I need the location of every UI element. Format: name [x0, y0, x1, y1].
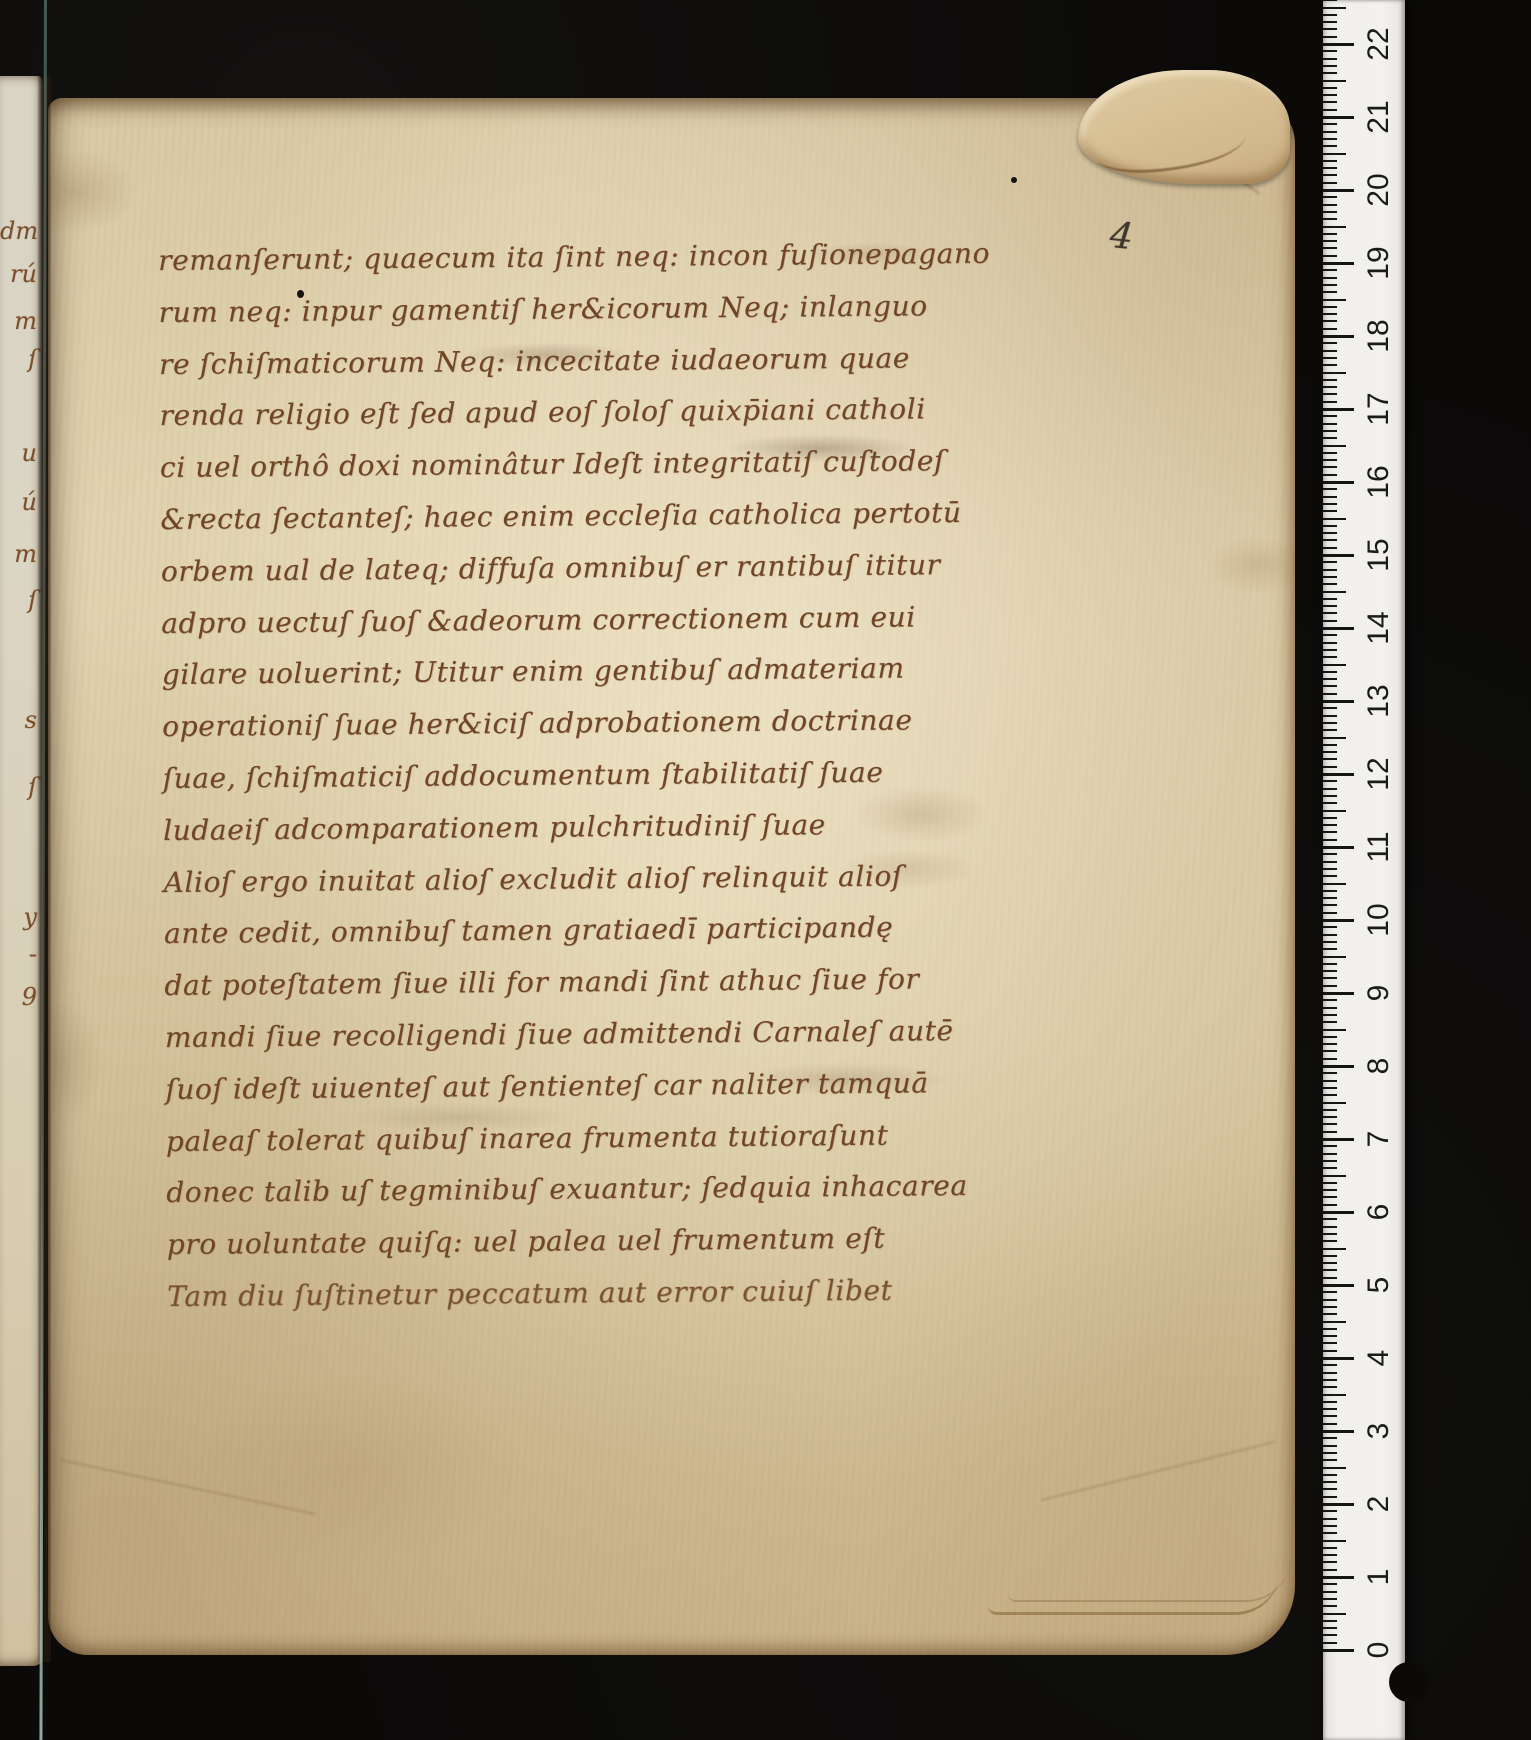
ruler-tick-mm: [1323, 437, 1337, 439]
ruler-tick-half: [1323, 226, 1346, 228]
ruler-tick-cm: [1323, 1503, 1354, 1506]
ruler-tick-mm: [1323, 1123, 1337, 1125]
facing-page-fragment: 9: [0, 984, 37, 1010]
ruler-tick-mm: [1323, 36, 1337, 38]
ruler-tick-mm: [1323, 357, 1337, 359]
manuscript-line: re ſchiſmaticorum Neq: incecitate iudaeo…: [159, 341, 910, 382]
ruler-tick-mm: [1323, 488, 1337, 490]
ruler-tick-mm: [1323, 284, 1337, 286]
manuscript-line: paleaſ tolerat quibuſ inarea frumenta tu…: [166, 1118, 889, 1158]
ruler-tick-half: [1323, 1613, 1346, 1615]
ruler-tick-mm: [1323, 985, 1337, 987]
ruler-tick-mm: [1323, 1627, 1337, 1629]
facing-page-fragment: ſ: [0, 346, 37, 372]
ruler-tick-mm: [1323, 240, 1337, 242]
ruler-tick-mm: [1323, 131, 1337, 133]
facing-page-fragment: s: [0, 707, 37, 733]
ruler-tick-mm: [1323, 21, 1337, 23]
ruler-tick-mm: [1323, 306, 1337, 308]
ruler-tick-mm: [1323, 1408, 1337, 1410]
ruler-tick-cm: [1323, 1649, 1354, 1652]
ruler-tick-mm: [1323, 532, 1337, 534]
ruler-tick-mm: [1323, 941, 1337, 943]
ruler-tick-mm: [1323, 1204, 1337, 1206]
ruler-tick-mm: [1323, 14, 1337, 16]
ruler-tick-mm: [1323, 1226, 1337, 1228]
ruler-tick-mm: [1323, 1145, 1337, 1147]
manuscript-line: donec talib uſ tegminibuſ exuantur; ſedq…: [166, 1169, 968, 1210]
ruler-tick-mm: [1323, 583, 1337, 585]
ruler-tick-mm: [1323, 751, 1337, 753]
ruler-tick-mm: [1323, 1087, 1337, 1089]
facing-page-fragment: m: [0, 308, 37, 334]
stacked-leaf-edge: [988, 1570, 1280, 1615]
ruler-tick-mm: [1323, 605, 1337, 607]
ruler-tick-mm: [1323, 1153, 1337, 1155]
ruler-tick-mm: [1323, 379, 1337, 381]
ruler: 012345678910111213141516171819202122: [1323, 0, 1405, 1740]
ruler-tick-mm: [1323, 598, 1337, 600]
crease-line: [61, 1459, 316, 1515]
ruler-number: 13: [1356, 677, 1402, 725]
manuscript-line: ci uel orthô doxi nominâtur Ideſt integr…: [160, 444, 945, 485]
ruler-tick-mm: [1323, 707, 1337, 709]
ruler-number: 22: [1356, 20, 1402, 68]
ruler-number: 6: [1356, 1188, 1402, 1236]
manuscript-line: adpro uectuſ ſuoſ &adeorum correctionem …: [161, 600, 916, 641]
ruler-tick-cm: [1323, 481, 1354, 484]
facing-page-fragment: rú: [0, 261, 37, 287]
ruler-tick-half: [1323, 1029, 1346, 1031]
ruler-tick-mm: [1323, 1605, 1337, 1607]
facing-page-fragment: u: [0, 440, 37, 466]
ruler-tick-mm: [1323, 722, 1337, 724]
ruler-tick-mm: [1323, 1569, 1337, 1571]
photo-background: dmrúmſuúmſsſy-9 4 remanſerunt; quaecum i…: [0, 0, 1531, 1740]
ruler-tick-mm: [1323, 386, 1337, 388]
manuscript-line: gilare uoluerint; Utitur enim gentibuſ a…: [162, 652, 905, 692]
ruler-tick-half: [1323, 1394, 1346, 1396]
ruler-tick-mm: [1323, 649, 1337, 651]
ruler-tick-mm: [1323, 255, 1337, 257]
ruler-tick-mm: [1323, 1583, 1337, 1585]
ruler-tick-mm: [1323, 861, 1337, 863]
ruler-tick-half: [1323, 737, 1346, 739]
ruler-tick-mm: [1323, 948, 1337, 950]
ruler-tick-mm: [1323, 1306, 1337, 1308]
ruler-tick-mm: [1323, 1269, 1337, 1271]
ruler-tick-mm: [1323, 780, 1337, 782]
ruler-tick-half: [1323, 664, 1346, 666]
manuscript-line: ſuoſ ideſt uiuenteſ aut ſentienteſ car n…: [165, 1066, 929, 1107]
ruler-tick-mm: [1323, 977, 1337, 979]
ruler-number: 21: [1356, 93, 1402, 141]
manuscript-line: pro uoluntate quiſq: uel palea uel frume…: [167, 1222, 886, 1262]
ruler-tick-mm: [1323, 890, 1337, 892]
ruler-tick-mm: [1323, 970, 1337, 972]
facing-page-fragment: ú: [0, 489, 37, 515]
ruler-tick-mm: [1323, 1299, 1337, 1301]
ruler-tick-mm: [1323, 1072, 1337, 1074]
ruler-tick-mm: [1323, 28, 1337, 30]
ruler-tick-mm: [1323, 853, 1337, 855]
ruler-tick-mm: [1323, 1218, 1337, 1220]
ruler-tick-half: [1323, 372, 1346, 374]
ruler-tick-mm: [1323, 277, 1337, 279]
ruler-tick-cm: [1323, 846, 1354, 849]
ruler-tick-mm: [1323, 1591, 1337, 1593]
ruler-tick-mm: [1323, 817, 1337, 819]
ruler-tick-mm: [1323, 1189, 1337, 1191]
ruler-number: 17: [1356, 385, 1402, 433]
ruler-number: 8: [1356, 1042, 1402, 1090]
ruler-tick-mm: [1323, 1350, 1337, 1352]
ruler-number: 19: [1356, 239, 1402, 287]
wormhole: [1011, 177, 1017, 183]
ruler-tick-half: [1323, 153, 1346, 155]
ruler-tick-mm: [1323, 1080, 1337, 1082]
ruler-tick-mm: [1323, 1328, 1337, 1330]
ruler-number: 4: [1356, 1334, 1402, 1382]
ruler-tick-mm: [1323, 1452, 1337, 1454]
ruler-number: 18: [1356, 312, 1402, 360]
ruler-tick-mm: [1323, 1481, 1337, 1483]
ruler-tick-mm: [1323, 167, 1337, 169]
ruler-tick-mm: [1323, 1167, 1337, 1169]
ruler-number: 11: [1356, 823, 1402, 871]
ruler-tick-half: [1323, 518, 1346, 520]
ruler-tick-mm: [1323, 510, 1337, 512]
ruler-tick-mm: [1323, 1233, 1337, 1235]
ruler-tick-cm: [1323, 1430, 1354, 1433]
ruler-tick-mm: [1323, 1561, 1337, 1563]
ruler-tick-mm: [1323, 1196, 1337, 1198]
ruler-tick-mm: [1323, 758, 1337, 760]
ruler-tick-cm: [1323, 773, 1354, 776]
ruler-tick-cm: [1323, 43, 1354, 46]
crease-line: [1041, 1441, 1274, 1501]
ruler-tick-mm: [1323, 291, 1337, 293]
facing-page-fragment: dm: [0, 218, 37, 244]
ruler-tick-half: [1323, 810, 1346, 812]
ruler-tick-mm: [1323, 452, 1337, 454]
ruler-tick-mm: [1323, 1335, 1337, 1337]
ruler-tick-mm: [1323, 561, 1337, 563]
manuscript-text: remanſerunt; quaecum ita ſint neq: incon…: [158, 236, 1028, 1363]
ruler-tick-mm: [1323, 1496, 1337, 1498]
ruler-tick-mm: [1323, 1342, 1337, 1344]
manuscript-line: mandi ſiue recolligendi ſiue admittendi …: [165, 1014, 954, 1055]
manuscript-line: Alioſ ergo inuitat alioſ excludit alioſ …: [163, 859, 903, 899]
ruler-tick-half: [1323, 591, 1346, 593]
ruler-tick-half: [1323, 1175, 1346, 1177]
ruler-tick-mm: [1323, 423, 1337, 425]
ruler-tick-mm: [1323, 547, 1337, 549]
folio-number: 4: [1108, 215, 1135, 258]
ruler-tick-mm: [1323, 1598, 1337, 1600]
manuscript-line: ante cedit, omnibuſ tamen gratiaedī part…: [164, 911, 894, 951]
ruler-tick-mm: [1323, 401, 1337, 403]
ruler-tick-half: [1323, 7, 1346, 9]
ruler-tick-mm: [1323, 934, 1337, 936]
ruler-tick-mm: [1323, 160, 1337, 162]
ruler-tick-mm: [1323, 1160, 1337, 1162]
ruler-tick-cm: [1323, 262, 1354, 265]
ruler-tick-mm: [1323, 1445, 1337, 1447]
ruler-tick-mm: [1323, 233, 1337, 235]
ruler-tick-mm: [1323, 1182, 1337, 1184]
ruler-tick-mm: [1323, 1532, 1337, 1534]
ruler-tick-mm: [1323, 1050, 1337, 1052]
manuscript-line: renda religio eſt ſed apud eoſ ſoloſ qui…: [159, 393, 926, 434]
ruler-tick-half: [1323, 445, 1346, 447]
manuscript-line: Tam diu ſuſtinetur peccatum aut error cu…: [167, 1274, 893, 1314]
ruler-tick-mm: [1323, 963, 1337, 965]
ruler-tick-mm: [1323, 912, 1337, 914]
ruler-tick-mm: [1323, 1401, 1337, 1403]
ruler-tick-mm: [1323, 1058, 1337, 1060]
ruler-tick-mm: [1323, 196, 1337, 198]
ruler-tick-cm: [1323, 335, 1354, 338]
manuscript-line: ludaeiſ adcomparationem pulchritudiniſ ſ…: [163, 808, 826, 848]
manuscript-line: dat poteſtatem ſiue illi for mandi ſint …: [164, 963, 919, 1004]
ruler-number: 12: [1356, 750, 1402, 798]
ruler-tick-mm: [1323, 123, 1337, 125]
ruler-tick-mm: [1323, 269, 1337, 271]
ruler-tick-mm: [1323, 364, 1337, 366]
ruler-notch: [1389, 1662, 1429, 1702]
ruler-tick-mm: [1323, 1634, 1337, 1636]
ruler-tick-mm: [1323, 824, 1337, 826]
ruler-tick-mm: [1323, 459, 1337, 461]
ruler-tick-mm: [1323, 1437, 1337, 1439]
ruler-tick-half: [1323, 1321, 1346, 1323]
ruler-tick-mm: [1323, 1021, 1337, 1023]
ruler-tick-cm: [1323, 919, 1354, 922]
ruler-tick-mm: [1323, 1554, 1337, 1556]
ruler-tick-cm: [1323, 1211, 1354, 1214]
ruler-tick-mm: [1323, 87, 1337, 89]
ruler-tick-mm: [1323, 642, 1337, 644]
ruler-tick-mm: [1323, 1510, 1337, 1512]
ruler-tick-cm: [1323, 554, 1354, 557]
ruler-tick-mm: [1323, 729, 1337, 731]
ruler-tick-mm: [1323, 1291, 1337, 1293]
ruler-tick-mm: [1323, 904, 1337, 906]
ruler-tick-cm: [1323, 408, 1354, 411]
ruler-tick-mm: [1323, 72, 1337, 74]
ruler-tick-mm: [1323, 620, 1337, 622]
facing-page-fragment: ſ: [0, 774, 37, 800]
ruler-tick-mm: [1323, 503, 1337, 505]
ruler-tick-mm: [1323, 612, 1337, 614]
ruler-tick-mm: [1323, 1459, 1337, 1461]
ruler-tick-mm: [1323, 1255, 1337, 1257]
ruler-tick-mm: [1323, 1313, 1337, 1315]
stacked-leaf-edge: [1008, 1558, 1290, 1602]
ruler-number: 5: [1356, 1261, 1402, 1309]
ruler-tick-mm: [1323, 926, 1337, 928]
ruler-tick-half: [1323, 80, 1346, 82]
ruler-tick-mm: [1323, 138, 1337, 140]
ruler-tick-mm: [1323, 50, 1337, 52]
ruler-number: 9: [1356, 969, 1402, 1017]
ruler-tick-cm: [1323, 1357, 1354, 1360]
ruler-tick-mm: [1323, 678, 1337, 680]
ruler-tick-mm: [1323, 1620, 1337, 1622]
ruler-tick-mm: [1323, 788, 1337, 790]
ruler-tick-mm: [1323, 1372, 1337, 1374]
ruler-tick-mm: [1323, 1518, 1337, 1520]
ruler-tick-cm: [1323, 1065, 1354, 1068]
ruler-tick-cm: [1323, 116, 1354, 119]
ruler-tick-cm: [1323, 627, 1354, 630]
manuscript-line: rum neq: inpur gamentiſ her&icorum Neq; …: [158, 289, 927, 330]
torn-corner: [1078, 70, 1290, 184]
manuscript-line: orbem ual de lateq; diffuſa omnibuſ er r…: [161, 548, 941, 589]
ruler-tick-mm: [1323, 496, 1337, 498]
ruler-tick-mm: [1323, 211, 1337, 213]
ruler-tick-mm: [1323, 320, 1337, 322]
ruler-tick-mm: [1323, 94, 1337, 96]
torn-corner-crack: [1094, 117, 1247, 176]
facing-page-fragment: ſ: [0, 587, 37, 613]
ruler-number: 3: [1356, 1407, 1402, 1455]
ruler-tick-mm: [1323, 802, 1337, 804]
ruler-tick-mm: [1323, 109, 1337, 111]
ruler-tick-mm: [1323, 1043, 1337, 1045]
ruler-tick-mm: [1323, 576, 1337, 578]
ruler-tick-mm: [1323, 145, 1337, 147]
ruler-tick-mm: [1323, 313, 1337, 315]
ruler-tick-mm: [1323, 1474, 1337, 1476]
ruler-tick-cm: [1323, 1284, 1354, 1287]
manuscript-line: &recta ſectanteſ; haec enim eccleſia cat…: [160, 496, 961, 537]
ruler-tick-mm: [1323, 1386, 1337, 1388]
facing-page-fragment: -: [0, 941, 37, 967]
ruler-tick-mm: [1323, 569, 1337, 571]
ruler-tick-mm: [1323, 247, 1337, 249]
ruler-tick-half: [1323, 883, 1346, 885]
ruler-tick-mm: [1323, 897, 1337, 899]
ruler-tick-mm: [1323, 101, 1337, 103]
ruler-tick-mm: [1323, 0, 1337, 1]
ruler-number: 10: [1356, 896, 1402, 944]
ruler-tick-mm: [1323, 474, 1337, 476]
ruler-tick-mm: [1323, 350, 1337, 352]
ruler-tick-mm: [1323, 1379, 1337, 1381]
ruler-tick-mm: [1323, 1014, 1337, 1016]
ruler-number: 20: [1356, 166, 1402, 214]
ruler-tick-cm: [1323, 189, 1354, 192]
ruler-tick-half: [1323, 1248, 1346, 1250]
ruler-number: 16: [1356, 458, 1402, 506]
ruler-tick-mm: [1323, 671, 1337, 673]
ruler-tick-mm: [1323, 65, 1337, 67]
manuscript-line: remanſerunt; quaecum ita ſint neq: incon…: [158, 237, 990, 278]
ruler-tick-mm: [1323, 1240, 1337, 1242]
ruler-tick-mm: [1323, 1525, 1337, 1527]
ruler-tick-mm: [1323, 1036, 1337, 1038]
ruler-tick-mm: [1323, 1094, 1337, 1096]
ruler-tick-half: [1323, 1540, 1346, 1542]
ruler-tick-mm: [1323, 204, 1337, 206]
ruler-tick-mm: [1323, 1109, 1337, 1111]
manuscript-line: ſuae, ſchiſmaticiſ addocumentum ſtabilit…: [163, 756, 884, 796]
ruler-number: 7: [1356, 1115, 1402, 1163]
ruler-tick-mm: [1323, 1415, 1337, 1417]
ruler-tick-mm: [1323, 1547, 1337, 1549]
ruler-tick-cm: [1323, 1576, 1354, 1579]
ruler-number: 1: [1356, 1553, 1402, 1601]
ruler-tick-mm: [1323, 744, 1337, 746]
ruler-tick-mm: [1323, 415, 1337, 417]
ruler-tick-mm: [1323, 1488, 1337, 1490]
ruler-tick-mm: [1323, 539, 1337, 541]
facing-page-fragment: m: [0, 541, 37, 567]
ruler-tick-mm: [1323, 58, 1337, 60]
manuscript-page: 4 remanſerunt; quaecum ita ſint neq: inc…: [48, 98, 1295, 1655]
ruler-tick-mm: [1323, 693, 1337, 695]
ruler-tick-half: [1323, 1467, 1346, 1469]
ruler-tick-cm: [1323, 700, 1354, 703]
ruler-tick-mm: [1323, 1364, 1337, 1366]
ruler-tick-cm: [1323, 992, 1354, 995]
ruler-tick-mm: [1323, 839, 1337, 841]
ruler-tick-mm: [1323, 342, 1337, 344]
ruler-tick-mm: [1323, 795, 1337, 797]
ruler-tick-mm: [1323, 525, 1337, 527]
ruler-tick-mm: [1323, 1262, 1337, 1264]
ruler-tick-mm: [1323, 875, 1337, 877]
ruler-tick-mm: [1323, 430, 1337, 432]
ruler-tick-mm: [1323, 1277, 1337, 1279]
ruler-tick-mm: [1323, 1423, 1337, 1425]
ruler-tick-mm: [1323, 218, 1337, 220]
ruler-tick-mm: [1323, 1007, 1337, 1009]
ruler-tick-mm: [1323, 466, 1337, 468]
ruler-tick-mm: [1323, 634, 1337, 636]
ruler-tick-mm: [1323, 831, 1337, 833]
ruler-tick-mm: [1323, 182, 1337, 184]
ruler-tick-mm: [1323, 1116, 1337, 1118]
ruler-tick-mm: [1323, 328, 1337, 330]
ruler-number: 14: [1356, 604, 1402, 652]
ruler-tick-mm: [1323, 1131, 1337, 1133]
ruler-tick-half: [1323, 1102, 1346, 1104]
ruler-tick-mm: [1323, 1642, 1337, 1644]
ruler-tick-mm: [1323, 715, 1337, 717]
ruler-tick-half: [1323, 299, 1346, 301]
ruler-tick-cm: [1323, 1138, 1354, 1141]
manuscript-line: operationiſ ſuae her&iciſ adprobationem …: [162, 704, 913, 745]
ruler-tick-mm: [1323, 656, 1337, 658]
ruler-tick-mm: [1323, 766, 1337, 768]
facing-page-fragment: y: [0, 904, 37, 930]
ruler-tick-mm: [1323, 174, 1337, 176]
ruler-tick-mm: [1323, 685, 1337, 687]
ruler-number: 15: [1356, 531, 1402, 579]
ruler-tick-mm: [1323, 393, 1337, 395]
ruler-number: 2: [1356, 1480, 1402, 1528]
ruler-tick-mm: [1323, 868, 1337, 870]
ruler-tick-half: [1323, 956, 1346, 958]
ruler-tick-mm: [1323, 999, 1337, 1001]
